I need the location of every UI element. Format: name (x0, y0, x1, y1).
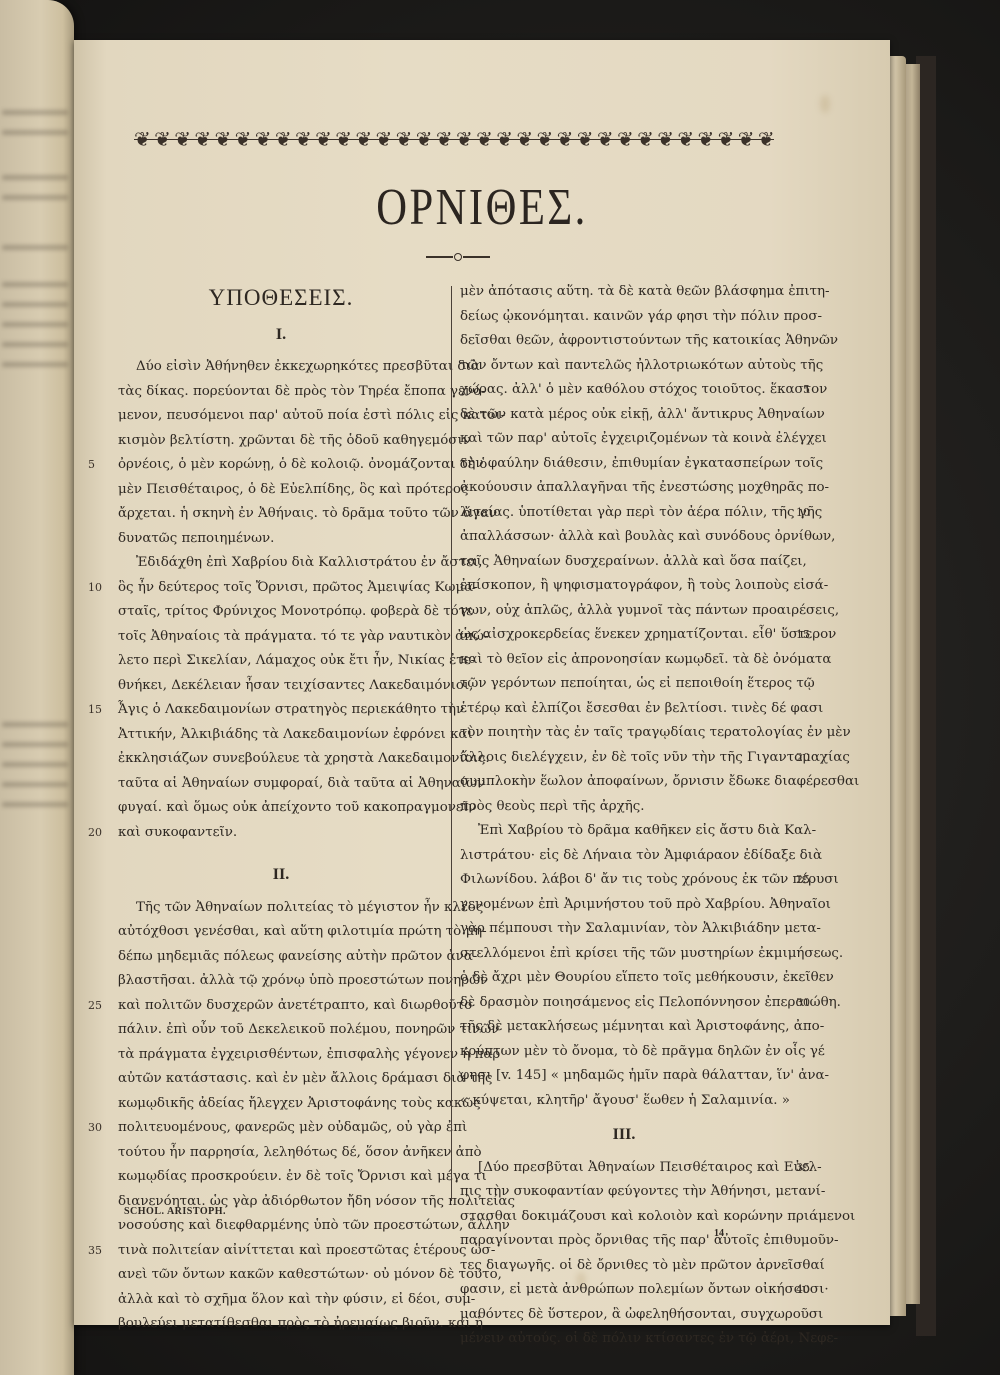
text-line: μὲν ἀπότασις αὕτη. τὰ δὲ κατὰ θεῶν βλάσφ… (460, 280, 788, 305)
text-line: σταῖς, τρίτος Φρύνιχος Μονοτρόπῳ. φοβερὰ… (118, 600, 444, 625)
fleuron-icon: ❦ (355, 124, 371, 154)
line-text: « κύψεται, κλητῆρ' ἄγουσ' ἕωθεν ἡ Σαλαμι… (460, 1093, 790, 1108)
fleuron-icon: ❦ (677, 124, 693, 154)
text-line: δυνατῶς πεποιημένων. (118, 527, 444, 552)
text-line: πάλιν. ἐπὶ οὖν τοῦ Δεκελεικοῦ πολέμου, π… (118, 1018, 444, 1043)
line-text: αὐτῶν κατάστασις. καὶ ἐν μὲν ἄλλοις δράμ… (118, 1071, 493, 1086)
text-line: ἐπίσκοπον, ἢ ψηφισματογράφον, ἢ τοὺς λοι… (460, 574, 788, 599)
line-text: μενον, πευσόμενοι παρ' αὐτοῦ ποία ἐστὶ π… (118, 408, 505, 423)
line-text: δὲ δρασμὸν ποιησάμενος εἰς Πελοπόννησον … (460, 995, 841, 1010)
line-text: ἑτέρῳ καὶ ἐλπίζοι ἔσεσθαι ἐν βελτίοσι. τ… (460, 701, 823, 716)
line-number: 20 (796, 746, 810, 771)
text-line: ἐκκλησιάζων συνεβούλευε τὰ χρηστὰ Λακεδα… (118, 747, 444, 772)
fleuron-icon: ❦ (315, 124, 331, 154)
line-text: καὶ τὸ θεῖον εἰς ἀπρονοησίαν κωμῳδεῖ. τὰ… (460, 652, 831, 667)
line-text: ὡς αἰσχροκερδείας ἕνεκεν χρηματίζονται. … (460, 627, 836, 642)
line-text: στασθαι δοκιμάζουσι καὶ κολοιὸν καὶ κορώ… (460, 1209, 855, 1224)
text-line: ἄλλοις διελέγχειν, ἐν δὲ τοῖς νῦν τὴν τῆ… (460, 746, 788, 771)
text-line: τὰς δίκας. πορεύονται δὲ πρὸς τὸν Τηρέα … (118, 380, 444, 405)
fleuron-icon: ❦ (496, 124, 512, 154)
text-line: τοῖς Ἀθηναίοις τὰ πράγματα. τό τε γὰρ να… (118, 625, 444, 650)
line-text: σταῖς, τρίτος Φρύνιχος Μονοτρόπῳ. φοβερὰ… (118, 604, 473, 619)
line-number: 10 (796, 501, 810, 526)
text-line: μαθόντες δὲ ὕστερον, ἃ ὠφεληθήσονται, συ… (460, 1303, 788, 1328)
fleuron-icon: ❦ (416, 124, 432, 154)
line-number: 5 (88, 453, 95, 478)
line-text: Ἐπὶ Χαβρίου τὸ δρᾶμα καθῆκεν εἰς ἄστυ δι… (478, 823, 816, 838)
line-number: 25 (88, 994, 102, 1019)
fleuron-icon: ❦ (456, 124, 472, 154)
line-text: μὲν ἀπότασις αὕτη. τὰ δὲ κατὰ θεῶν βλάσφ… (460, 284, 830, 299)
text-line: τινὰ πολιτείαν αἰνίττεται καὶ προεστῶτας… (118, 1239, 444, 1264)
text-line: Ἀττικήν, Ἀλκιβιάδης τὰ Λακεδαιμονίων ἐφρ… (118, 723, 444, 748)
fleuron-icon: ❦ (476, 124, 492, 154)
text-line: [Δύο πρεσβῦται Ἀθηναίων Πεισθέταιρος καὶ… (460, 1156, 788, 1181)
line-text: πάλιν. ἐπὶ οὖν τοῦ Δεκελεικοῦ πολέμου, π… (118, 1022, 499, 1037)
text-line: δείως ᾠκονόμηται. καινῶν γάρ φησι τὴν πό… (460, 305, 788, 330)
text-line: χώρας. ἀλλ' ὁ μὲν καθόλου στόχος τοιοῦτο… (460, 378, 788, 403)
line-text: ταῦτα αἱ Ἀθηναίων συμφοραί, διὰ ταῦτα αἱ… (118, 776, 485, 791)
line-text: δὲ τῶν κατὰ μέρος οὐκ εἰκῇ, ἀλλ' ἄντικρυ… (460, 407, 825, 422)
fleuron-icon: ❦ (376, 124, 392, 154)
line-text: ἄλλοις διελέγχειν, ἐν δὲ τοῖς νῦν τὴν τῆ… (460, 750, 850, 765)
text-line: ἀπαλλάσσων· ἀλλὰ καὶ βουλὰς καὶ συνόδους… (460, 525, 788, 550)
line-number: 30 (88, 1116, 102, 1141)
book-page: ❦❦❦❦❦❦❦❦❦❦❦❦❦❦❦❦❦❦❦❦❦❦❦❦❦❦❦❦❦❦❦❦ ΟΡΝΙΘΕΣ… (74, 40, 890, 1325)
line-text: τοῖς Ἀθηναίοις τὰ πράγματα. τό τε γὰρ να… (118, 629, 488, 644)
text-line: μένειν αὐτούς. οἱ δὲ πόλιν κτίσαντες ἐν … (460, 1327, 788, 1352)
fleuron-icon: ❦ (516, 124, 532, 154)
line-text: πολιτευομένους, φανερῶς μὲν οὐδαμῶς, οὐ … (118, 1120, 467, 1135)
text-line: κρύπτων μὲν τὸ ὄνομα, τὸ δὲ πρᾶγμα δηλῶν… (460, 1040, 788, 1065)
line-text: ἀπαλλάσσων· ἀλλὰ καὶ βουλὰς καὶ συνόδους… (460, 529, 835, 544)
fleuron-icon: ❦ (154, 124, 170, 154)
fleuron-icon: ❦ (436, 124, 452, 154)
text-line: ἀλλὰ καὶ τὸ σχῆμα ὅλον καὶ τὴν φύσιν, εἰ… (118, 1288, 444, 1313)
text-line: τῆς δὲ μετακλήσεως μέμνηται καὶ Ἀριστοφά… (460, 1015, 788, 1040)
line-text: ὃς ἦν δεύτερος τοῖς Ὄρνισι, πρῶτος Ἀμειψ… (118, 580, 478, 595)
fleuron-icon: ❦ (396, 124, 412, 154)
text-line: κωμῳδικῆς ἀδείας ἤλεγχεν Ἀριστοφάνης τοὺ… (118, 1092, 444, 1117)
line-text: κωμῳδικῆς ἀδείας ἤλεγχεν Ἀριστοφάνης τοὺ… (118, 1096, 481, 1111)
text-line: Τῆς τῶν Ἀθηναίων πολιτείας τὸ μέγιστον ἦ… (118, 896, 444, 921)
line-text: τῶν ὄντων καὶ παντελῶς ἠλλοτριωκότων αὐτ… (460, 358, 823, 373)
text-line: γενομένων ἐπὶ Ἀριμνήστου τοῦ πρὸ Χαβρίου… (460, 893, 788, 918)
line-text: Δύο εἰσὶν Ἀθήνηθεν ἐκκεχωρηκότες πρεσβῦτ… (136, 359, 480, 374)
line-text: ὀρνέοις, ὁ μὲν κορώνῃ, ὁ δὲ κολοιῷ. ὀνομ… (118, 457, 487, 472)
text-line: φυγαί. καὶ ὅμως οὐκ ἀπείχοντο τοῦ κακοπρ… (118, 796, 444, 821)
text-line: πις τὴν συκοφαντίαν φεύγοντες τὴν Ἀθήνησ… (460, 1180, 788, 1205)
line-number: 25 (796, 868, 810, 893)
line-text: δυνατῶς πεποιημένων. (118, 531, 274, 546)
fleuron-icon: ❦ (597, 124, 613, 154)
line-text: λιτείας. ὑποτίθεται γὰρ περὶ τὸν ἀέρα πό… (460, 505, 822, 520)
text-line: λετο περὶ Σικελίαν, Λάμαχος οὐκ ἔτι ἦν, … (118, 649, 444, 674)
line-text: κωμῳδίας προσκρούειν. ἐν δὲ τοῖς Ὄρνισι … (118, 1169, 487, 1184)
line-text: τες διαγωγῆς. οἱ δὲ ὄρνιθες τὸ μὲν πρῶτο… (460, 1258, 825, 1273)
text-line: « κύψεται, κλητῆρ' ἄγουσ' ἕωθεν ἡ Σαλαμι… (460, 1089, 788, 1114)
fleuron-icon: ❦ (577, 124, 593, 154)
left-column: ΥΠΟΘΕΣΕΙΣ. I.Δύο εἰσὶν Ἀθήνηθεν ἐκκεχωρη… (118, 280, 444, 1345)
line-text: ἐπίσκοπον, ἢ ψηφισματογράφον, ἢ τοὺς λοι… (460, 578, 828, 593)
line-text: Ἀττικήν, Ἀλκιβιάδης τὰ Λακεδαιμονίων ἐφρ… (118, 727, 473, 742)
text-line: νοσούσης καὶ διεφθαρμένης ὑπὸ τῶν προεστ… (118, 1214, 444, 1239)
line-text: δείως ᾠκονόμηται. καινῶν γάρ φησι τὴν πό… (460, 309, 822, 324)
line-text: μαθόντες δὲ ὕστερον, ἃ ὠφεληθήσονται, συ… (460, 1307, 823, 1322)
line-text: ἐκκλησιάζων συνεβούλευε τὰ χρηστὰ Λακεδα… (118, 751, 490, 766)
fleuron-icon: ❦ (295, 124, 311, 154)
line-text: καὶ τῶν παρ' αὐτοῖς ἐγχειριζομένων τὰ κο… (460, 431, 827, 446)
line-text: χώρας. ἀλλ' ὁ μὲν καθόλου στόχος τοιοῦτο… (460, 382, 827, 397)
line-text: φησι [v. 145] « μηδαμῶς ἡμῖν παρὰ θάλαττ… (460, 1068, 829, 1083)
title-divider (426, 254, 490, 260)
text-line: Ἐπὶ Χαβρίου τὸ δρᾶμα καθῆκεν εἰς ἄστυ δι… (460, 819, 788, 844)
line-number: 15 (88, 698, 102, 723)
text-line: δὲ δρασμὸν ποιησάμενος εἰς Πελοπόννησον … (460, 991, 788, 1016)
facing-page-edge (0, 0, 74, 1375)
line-number: 35 (88, 1239, 102, 1264)
fleuron-icon: ❦ (637, 124, 653, 154)
text-line: λιτείας. ὑποτίθεται γὰρ περὶ τὸν ἀέρα πό… (460, 501, 788, 526)
line-text: μένειν αὐτούς. οἱ δὲ πόλιν κτίσαντες ἐν … (460, 1331, 838, 1346)
line-text: Φιλωνίδου. λάβοι δ' ἄν τις τοὺς χρόνους … (460, 872, 839, 887)
fleuron-icon: ❦ (235, 124, 251, 154)
text-line: ἑτέρῳ καὶ ἐλπίζοι ἔσεσθαι ἐν βελτίοσι. τ… (460, 697, 788, 722)
line-text: βουλεύει μετατίθεσθαι πρὸς τὸ ἠρεμαίως β… (118, 1316, 483, 1331)
ornamental-header-band: ❦❦❦❦❦❦❦❦❦❦❦❦❦❦❦❦❦❦❦❦❦❦❦❦❦❦❦❦❦❦❦❦ (134, 124, 774, 154)
line-text: γενομένων ἐπὶ Ἀριμνήστου τοῦ πρὸ Χαβρίου… (460, 897, 831, 912)
text-line: τὸν ποιητὴν τὰς ἐν ταῖς τραγῳδίαις τερατ… (460, 721, 788, 746)
text-line: δέπω μηδεμιᾶς πόλεως φανείσης αὐτὴν πρῶτ… (118, 945, 444, 970)
section-heading: ΥΠΟΘΕΣΕΙΣ. (118, 286, 444, 311)
line-text: τῶν γερόντων πεποίηται, ὡς εἰ πεποιθοίη … (460, 676, 815, 691)
line-text: ἀλλὰ καὶ τὸ σχῆμα ὅλον καὶ τὴν φύσιν, εἰ… (118, 1292, 475, 1307)
text-line: τὴν φαύλην διάθεσιν, ἐπιθυμίαν ἐγκατασπε… (460, 452, 788, 477)
fleuron-icon: ❦ (335, 124, 351, 154)
line-text: βλαστῆσαι. ἀλλὰ τῷ χρόνῳ ὑπὸ προεστώτων … (118, 973, 488, 988)
text-line: ταῦτα αἱ Ἀθηναίων συμφοραί, διὰ ταῦτα αἱ… (118, 772, 444, 797)
fleuron-icon: ❦ (255, 124, 271, 154)
line-number: 30 (796, 991, 810, 1016)
line-text: στελλόμενοι ἐπὶ κρίσει τῆς τῶν μυστηρίων… (460, 946, 843, 961)
text-line: τούτου ἦν παρρησία, λεληθότως δέ, ὅσον ἀ… (118, 1141, 444, 1166)
line-text: πρὸς θεοὺς περὶ τῆς ἀρχῆς. (460, 799, 645, 814)
line-text: γων, οὐχ ἁπλῶς, ἀλλὰ γυμνοῖ τὰς πάντων π… (460, 603, 839, 618)
fleuron-icon: ❦ (134, 124, 150, 154)
line-text: νοσούσης καὶ διεφθαρμένης ὑπὸ τῶν προεστ… (118, 1218, 510, 1233)
text-line: καὶ τῶν παρ' αὐτοῖς ἐγχειριζομένων τὰ κο… (460, 427, 788, 452)
line-text: ὁ δὲ ἄχρι μὲν Θουρίου εἵπετο τοῖς μεθήκο… (460, 970, 834, 985)
fleuron-icon: ❦ (194, 124, 210, 154)
line-number: 5 (803, 378, 810, 403)
text-line: Φιλωνίδου. λάβοι δ' ἄν τις τοὺς χρόνους … (460, 868, 788, 893)
text-line: κισμὸν βελτίστη. χρῶνται δὲ τῆς ὁδοῦ καθ… (118, 429, 444, 454)
line-text: γὰρ πέμπουσι τὴν Σαλαμινίαν, τὸν Ἀλκιβιά… (460, 921, 821, 936)
text-line: ὁ δὲ ἄχρι μὲν Θουρίου εἵπετο τοῖς μεθήκο… (460, 966, 788, 991)
line-text: λετο περὶ Σικελίαν, Λάμαχος οὐκ ἔτι ἦν, … (118, 653, 475, 668)
text-line: καὶ πολιτῶν δυσχερῶν ἀνετέτραπτο, καὶ δι… (118, 994, 444, 1019)
text-line: καὶ συκοφαντεῖν.20 (118, 821, 444, 846)
line-text: πις τὴν συκοφαντίαν φεύγοντες τὴν Ἀθήνησ… (460, 1184, 825, 1199)
line-text: ταῖς Ἀθηναίων δυσχεραίνων. ἀλλὰ καὶ ὅσα … (460, 554, 807, 569)
fleuron-icon: ❦ (758, 124, 774, 154)
line-text: τὰ πράγματα ἐγχειρισθέντων, ἐπισφαλὴς γέ… (118, 1047, 504, 1062)
line-text: καὶ συκοφαντεῖν. (118, 825, 237, 840)
text-line: τες διαγωγῆς. οἱ δὲ ὄρνιθες τὸ μὲν πρῶτο… (460, 1254, 788, 1279)
line-text: ανεὶ τῶν ὄντων κακῶν καθεστώτων· οὐ μόνο… (118, 1267, 502, 1282)
text-line: βλαστῆσαι. ἀλλὰ τῷ χρόνῳ ὑπὸ προεστώτων … (118, 969, 444, 994)
text-line: βουλεύει μετατίθεσθαι πρὸς τὸ ἠρεμαίως β… (118, 1312, 444, 1337)
text-line: πολιτευομένους, φανερῶς μὲν οὐδαμῶς, οὐ … (118, 1116, 444, 1141)
text-line: τῶν ὄντων καὶ παντελῶς ἠλλοτριωκότων αὐτ… (460, 354, 788, 379)
line-number: 15 (796, 623, 810, 648)
text-line: καὶ τὸ θεῖον εἰς ἀπρονοησίαν κωμῳδεῖ. τὰ… (460, 648, 788, 673)
line-text: συμπλοκὴν ἕωλον ἀποφαίνων, ὄρνισιν ἔδωκε… (460, 774, 859, 789)
subsection-heading: I. (118, 323, 444, 348)
line-text: δεῖσθαι θεῶν, ἀφροντιστούντων τῆς κατοικ… (460, 333, 838, 348)
line-text: τινὰ πολιτείαν αἰνίττεται καὶ προεστῶτας… (118, 1243, 495, 1258)
fleuron-icon: ❦ (698, 124, 714, 154)
line-text: δέπω μηδεμιᾶς πόλεως φανείσης αὐτὴν πρῶτ… (118, 949, 477, 964)
fleuron-icon: ❦ (617, 124, 633, 154)
text-line: πρὸς θεοὺς περὶ τῆς ἀρχῆς. (460, 795, 788, 820)
text-line: τῶν γερόντων πεποίηται, ὡς εἰ πεποιθοίη … (460, 672, 788, 697)
line-number: 35 (778, 1156, 810, 1181)
line-number: 10 (88, 576, 102, 601)
line-text: φυγαί. καὶ ὅμως οὐκ ἀπείχοντο τοῦ κακοπρ… (118, 800, 476, 815)
line-text: τὸν ποιητὴν τὰς ἐν ταῖς τραγῳδίαις τερατ… (460, 725, 851, 740)
right-column: μὲν ἀπότασις αὕτη. τὰ δὲ κατὰ θεῶν βλάσφ… (460, 280, 788, 1352)
text-line: φασιν, εἰ μετὰ ἀνθρώπων πολεμίων ὄντων ο… (460, 1278, 788, 1303)
line-text: μὲν Πεισθέταιρος, ὁ δὲ Εὐελπίδης, ὃς καὶ… (118, 482, 469, 497)
fleuron-icon: ❦ (537, 124, 553, 154)
text-line: Ἐδιδάχθη ἐπὶ Χαβρίου διὰ Καλλιστράτου ἐν… (118, 551, 444, 576)
line-text: κισμὸν βελτίστη. χρῶνται δὲ τῆς ὁδοῦ καθ… (118, 433, 471, 448)
text-line: κωμῳδίας προσκρούειν. ἐν δὲ τοῖς Ὄρνισι … (118, 1165, 444, 1190)
fleuron-icon: ❦ (557, 124, 573, 154)
text-line: στελλόμενοι ἐπὶ κρίσει τῆς τῶν μυστηρίων… (460, 942, 788, 967)
page-number: 14 (714, 1228, 724, 1239)
fleuron-icon: ❦ (215, 124, 231, 154)
line-text: Τῆς τῶν Ἀθηναίων πολιτείας τὸ μέγιστον ἦ… (136, 900, 483, 915)
line-text: κρύπτων μὲν τὸ ὄνομα, τὸ δὲ πρᾶγμα δηλῶν… (460, 1044, 825, 1059)
text-line: γων, οὐχ ἁπλῶς, ἀλλὰ γυμνοῖ τὰς πάντων π… (460, 599, 788, 624)
text-line: συμπλοκὴν ἕωλον ἀποφαίνων, ὄρνισιν ἔδωκε… (460, 770, 788, 795)
fleuron-icon: ❦ (174, 124, 190, 154)
line-text: αὐτόχθοσι γενέσθαι, καὶ αὕτη φιλοτιμία π… (118, 924, 487, 939)
text-line: γὰρ πέμπουσι τὴν Σαλαμινίαν, τὸν Ἀλκιβιά… (460, 917, 788, 942)
line-text: τὴν φαύλην διάθεσιν, ἐπιθυμίαν ἐγκατασπε… (460, 456, 823, 471)
text-line: ταῖς Ἀθηναίων δυσχεραίνων. ἀλλὰ καὶ ὅσα … (460, 550, 788, 575)
line-text: ἄρχεται. ἡ σκηνὴ ἐν Ἀθήναις. τὸ δρᾶμα το… (118, 506, 497, 521)
text-line: αὐτόχθοσι γενέσθαι, καὶ αὕτη φιλοτιμία π… (118, 920, 444, 945)
line-text: τούτου ἦν παρρησία, λεληθότως δέ, ὅσον ἀ… (118, 1145, 482, 1160)
text-line: δεῖσθαι θεῶν, ἀφροντιστούντων τῆς κατοικ… (460, 329, 788, 354)
text-line: ἄρχεται. ἡ σκηνὴ ἐν Ἀθήναις. τὸ δρᾶμα το… (118, 502, 444, 527)
footer-signature: SCHOL. ARISTOPH. (124, 1206, 226, 1217)
text-line: μὲν Πεισθέταιρος, ὁ δὲ Εὐελπίδης, ὃς καὶ… (118, 478, 444, 503)
line-text: ἀκούουσιν ἀπαλλαγῆναι τῆς ἐνεστώσης μοχθ… (460, 480, 829, 495)
subsection-heading: II. (118, 863, 444, 888)
text-line: παραγίνονται πρὸς ὄρνιθας τῆς παρ' αὐτοῖ… (460, 1229, 788, 1254)
text-line: δὲ τῶν κατὰ μέρος οὐκ εἰκῇ, ἀλλ' ἄντικρυ… (460, 403, 788, 428)
column-rule (451, 286, 452, 1201)
text-line: θνήκει, Δεκέλειαν ἦσαν τειχίσαντες Λακεδ… (118, 674, 444, 699)
page-title: ΟΡΝΙΘΕΣ. (147, 178, 816, 237)
line-text: παραγίνονται πρὸς ὄρνιθας τῆς παρ' αὐτοῖ… (460, 1233, 839, 1248)
line-text: τὰς δίκας. πορεύονται δὲ πρὸς τὸν Τηρέα … (118, 384, 486, 399)
text-line: μενον, πευσόμενοι παρ' αὐτοῦ ποία ἐστὶ π… (118, 404, 444, 429)
text-line: ὡς αἰσχροκερδείας ἕνεκεν χρηματίζονται. … (460, 623, 788, 648)
line-text: φασιν, εἰ μετὰ ἀνθρώπων πολεμίων ὄντων ο… (460, 1282, 829, 1297)
line-text: [Δύο πρεσβῦται Ἀθηναίων Πεισθέταιρος καὶ… (478, 1160, 822, 1175)
text-line: Δύο εἰσὶν Ἀθήνηθεν ἐκκεχωρηκότες πρεσβῦτ… (118, 355, 444, 380)
line-number: 40 (796, 1278, 810, 1303)
text-line: φησι [v. 145] « μηδαμῶς ἡμῖν παρὰ θάλαττ… (460, 1064, 788, 1089)
fleuron-icon: ❦ (718, 124, 734, 154)
subsection-heading: III. (460, 1123, 788, 1148)
line-text: τῆς δὲ μετακλήσεως μέμνηται καὶ Ἀριστοφά… (460, 1019, 824, 1034)
text-line: ἀκούουσιν ἀπαλλαγῆναι τῆς ἐνεστώσης μοχθ… (460, 476, 788, 501)
text-line: ὃς ἦν δεύτερος τοῖς Ὄρνισι, πρῶτος Ἀμειψ… (118, 576, 444, 601)
line-text: Ἆγις ὁ Λακεδαιμονίων στρατηγὸς περιεκάθη… (118, 702, 464, 717)
line-text: θνήκει, Δεκέλειαν ἦσαν τειχίσαντες Λακεδ… (118, 678, 473, 693)
fleuron-icon: ❦ (657, 124, 673, 154)
text-line: ὀρνέοις, ὁ μὲν κορώνῃ, ὁ δὲ κολοιῷ. ὀνομ… (118, 453, 444, 478)
fleuron-icon: ❦ (275, 124, 291, 154)
line-text: Ἐδιδάχθη ἐπὶ Χαβρίου διὰ Καλλιστράτου ἐν… (136, 555, 483, 570)
text-line: ανεὶ τῶν ὄντων κακῶν καθεστώτων· οὐ μόνο… (118, 1263, 444, 1288)
line-number: 20 (88, 821, 102, 846)
text-line: Ἆγις ὁ Λακεδαιμονίων στρατηγὸς περιεκάθη… (118, 698, 444, 723)
fleuron-icon: ❦ (738, 124, 754, 154)
line-text: λιστράτου· εἰς δὲ Λήναια τὸν Ἀμφιάραον ἐ… (460, 848, 822, 863)
text-line: αὐτῶν κατάστασις. καὶ ἐν μὲν ἄλλοις δράμ… (118, 1067, 444, 1092)
text-line: στασθαι δοκιμάζουσι καὶ κολοιὸν καὶ κορώ… (460, 1205, 788, 1230)
text-line: τὰ πράγματα ἐγχειρισθέντων, ἐπισφαλὴς γέ… (118, 1043, 444, 1068)
text-line: λιστράτου· εἰς δὲ Λήναια τὸν Ἀμφιάραον ἐ… (460, 844, 788, 869)
line-text: καὶ πολιτῶν δυσχερῶν ἀνετέτραπτο, καὶ δι… (118, 998, 472, 1013)
